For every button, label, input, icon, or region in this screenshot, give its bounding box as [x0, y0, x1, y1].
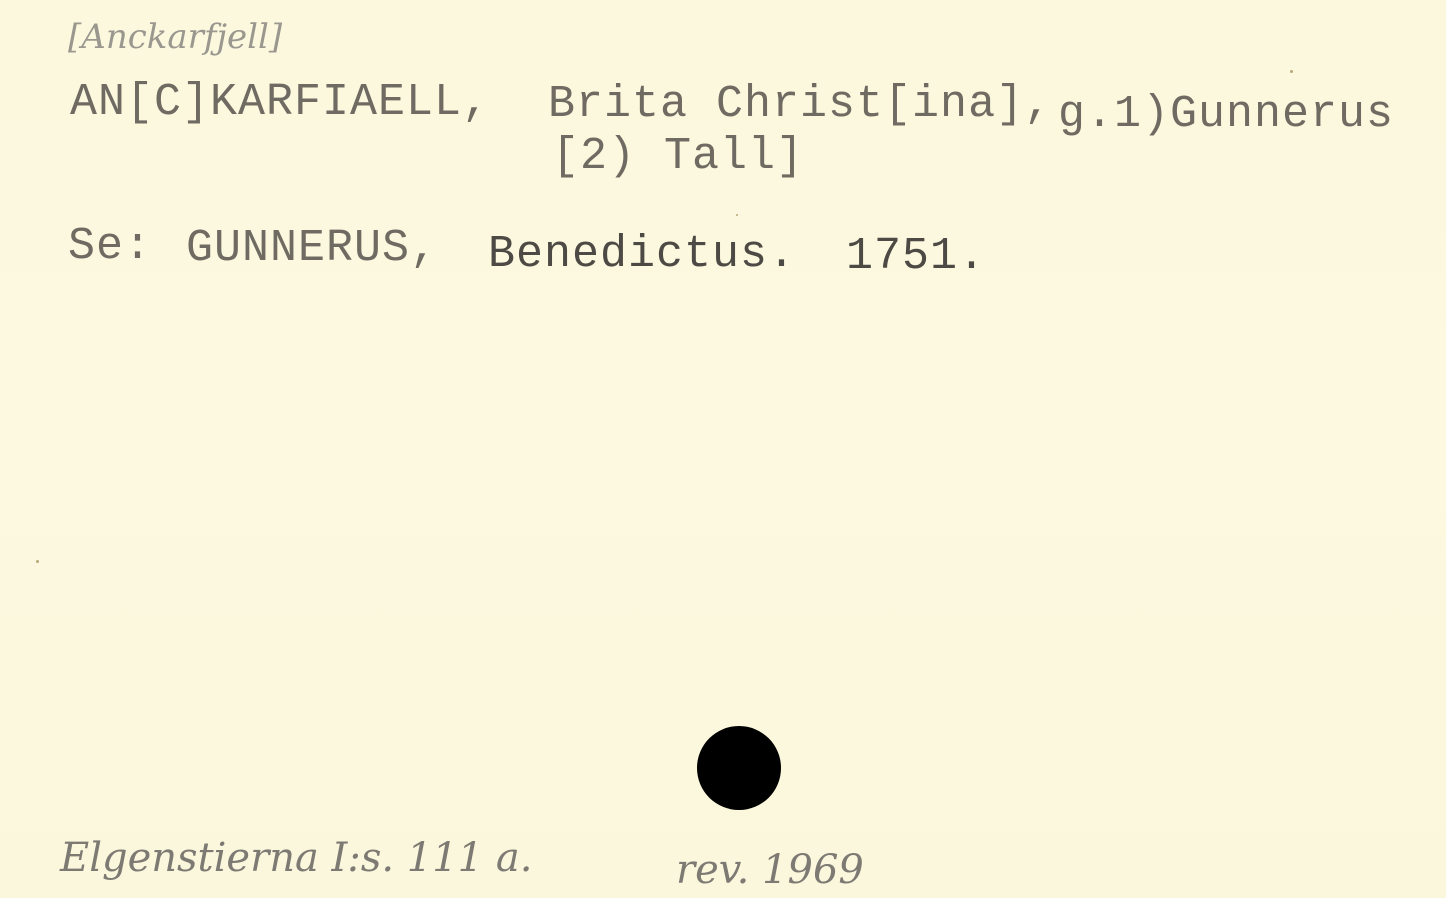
- heading-given-names: Brita Christ[ina],: [548, 82, 1052, 127]
- handwritten-name-annotation: [Anckarfjell]: [68, 20, 282, 54]
- see-reference-year: 1751.: [846, 234, 986, 279]
- paper-speck: [736, 214, 738, 216]
- see-reference-given-name: Benedictus.: [488, 232, 796, 277]
- heading-second-marriage: [2) Tall]: [552, 134, 804, 179]
- heading-first-marriage: g.1)Gunnerus: [1058, 92, 1394, 137]
- see-label: Se:: [68, 224, 152, 269]
- punch-hole: [697, 726, 781, 810]
- see-reference-name: GUNNERUS,: [186, 226, 438, 271]
- paper-speck: [36, 560, 39, 563]
- handwritten-revision-note: rev. 1969: [676, 850, 864, 890]
- paper-speck: [1290, 70, 1293, 73]
- handwritten-source-reference: Elgenstierna I:s. 111 a.: [60, 838, 532, 878]
- catalog-card: [Anckarfjell] AN[C]KARFIAELL, Brita Chri…: [0, 0, 1446, 898]
- heading-surname: AN[C]KARFIAELL,: [70, 80, 490, 125]
